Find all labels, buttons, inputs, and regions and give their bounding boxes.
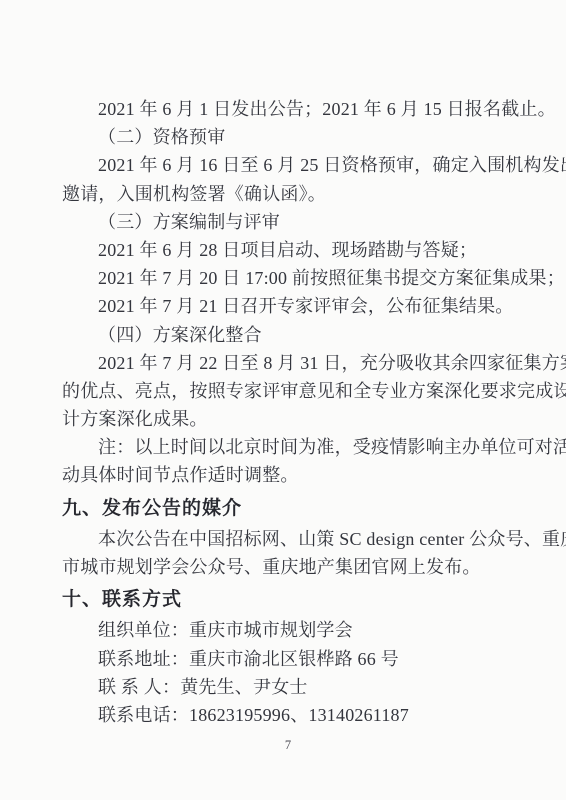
section-9-heading: 九、发布公告的媒介 xyxy=(62,495,514,523)
schedule-note-line: 动具体时间节点作适时调整。 xyxy=(62,461,514,489)
document-page: 2021 年 6 月 1 日发出公告；2021 年 6 月 15 日报名截止。（… xyxy=(0,0,566,800)
media-line: 本次公告在中国招标网、山策 SC design center 公众号、重庆 xyxy=(62,525,514,553)
schedule-review-line: 2021 年 7 月 21 日召开专家评审会，公布征集结果。 xyxy=(62,292,514,320)
schedule-announcement-line: 2021 年 6 月 1 日发出公告；2021 年 6 月 15 日报名截止。 xyxy=(62,95,514,123)
schedule-refinement-line: 2021 年 7 月 22 日至 8 月 31 日，充分吸收其余四家征集方案 xyxy=(62,349,514,377)
schedule-refinement-line: 计方案深化成果。 xyxy=(62,405,514,433)
subsection-2-title: （二）资格预审 xyxy=(62,123,514,151)
contact-organizer: 组织单位：重庆市城市规划学会 xyxy=(62,616,514,644)
page-number: 7 xyxy=(62,738,514,753)
schedule-kickoff-line: 2021 年 6 月 28 日项目启动、现场踏勘与答疑； xyxy=(62,236,514,264)
subsection-4-title: （四）方案深化整合 xyxy=(62,321,514,349)
contact-person: 联 系 人：黄先生、尹女士 xyxy=(62,673,514,701)
contact-address: 联系地址：重庆市渝北区银桦路 66 号 xyxy=(62,645,514,673)
schedule-prequalification-line: 邀请，入围机构签署《确认函》。 xyxy=(62,180,514,208)
media-line: 市城市规划学会公众号、重庆地产集团官网上发布。 xyxy=(62,553,514,581)
contact-phone: 联系电话：18623195996、13140261187 xyxy=(62,701,514,729)
document-body: 2021 年 6 月 1 日发出公告；2021 年 6 月 15 日报名截止。（… xyxy=(62,95,514,729)
schedule-refinement-line: 的优点、亮点，按照专家评审意见和全专业方案深化要求完成设 xyxy=(62,377,514,405)
section-10-heading: 十、联系方式 xyxy=(62,586,514,614)
subsection-3-title: （三）方案编制与评审 xyxy=(62,208,514,236)
schedule-note-line: 注：以上时间以北京时间为准，受疫情影响主办单位可对活 xyxy=(62,433,514,461)
schedule-prequalification-line: 2021 年 6 月 16 日至 6 月 25 日资格预审，确定入围机构发出 xyxy=(62,151,514,179)
schedule-submission-line: 2021 年 7 月 20 日 17:00 前按照征集书提交方案征集成果； xyxy=(62,264,514,292)
